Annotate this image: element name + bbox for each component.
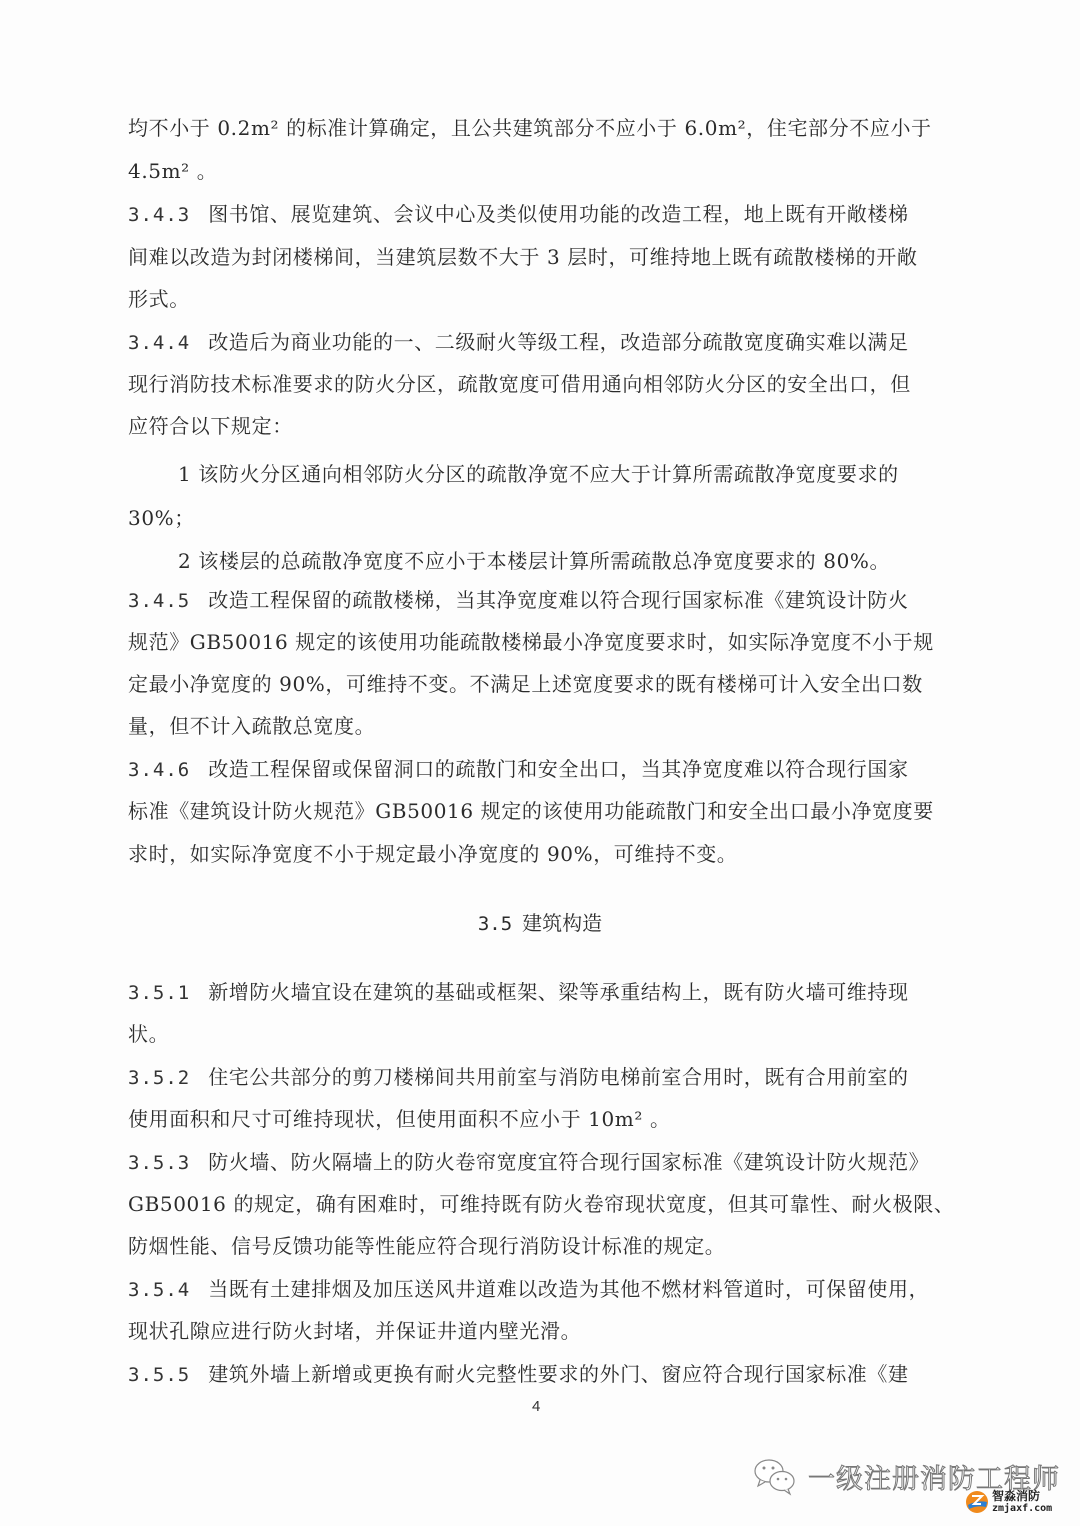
text-line: 均不小于 0.2m² 的标准计算确定，且公共建筑部分不应小于 6.0m²，住宅部… — [128, 114, 954, 142]
clause-3-4-6: 3.4.6改造工程保留或保留洞口的疏散门和安全出口，当其净宽度难以符合现行国家 — [128, 755, 954, 784]
line-text: 当既有土建排烟及加压送风井道难以改造为其他不燃材料管道时，可保留使用， — [208, 1277, 929, 1301]
clause-3-5-3: 3.5.3防火墙、防火隔墙上的防火卷帘宽度宜符合现行国家标准《建筑设计防火规范》 — [128, 1148, 954, 1177]
list-item-2: 2 该楼层的总疏散净宽度不应小于本楼层计算所需疏散总净宽度要求的 80%。 — [178, 547, 1004, 575]
clause-3-4-4: 3.4.4改造后为商业功能的一、二级耐火等级工程，改造部分疏散宽度确实难以满足 — [128, 328, 954, 357]
line-text: 改造工程保留的疏散楼梯，当其净宽度难以符合现行国家标准《建筑设计防火 — [208, 588, 908, 612]
line-text: 图书馆、展览建筑、会议中心及类似使用功能的改造工程，地上既有开敞楼梯 — [208, 202, 908, 226]
text-line: 防烟性能、信号反馈功能等性能应符合现行消防设计标准的规定。 — [128, 1232, 954, 1260]
clause-number: 3.5.3 — [128, 1152, 190, 1174]
line-text: 改造后为商业功能的一、二级耐火等级工程，改造部分疏散宽度确实难以满足 — [208, 330, 908, 354]
text-line: 标准《建筑设计防火规范》GB50016 规定的该使用功能疏散门和安全出口最小净宽… — [128, 797, 954, 825]
clause-number: 3.5.5 — [128, 1364, 190, 1386]
line-text: 定最小净宽度的 90%，可维持不变。不满足上述宽度要求的既有楼梯可计入安全出口数 — [128, 672, 923, 696]
text-line: 现状孔隙应进行防火封堵，并保证井道内壁光滑。 — [128, 1317, 954, 1345]
line-text: 2 该楼层的总疏散净宽度不应小于本楼层计算所需疏散总净宽度要求的 80%。 — [178, 549, 890, 573]
line-text: 应符合以下规定： — [128, 414, 293, 438]
text-line: GB50016 的规定，确有困难时，可维持既有防火卷帘现状宽度，但其可靠性、耐火… — [128, 1190, 954, 1218]
line-text: 现行消防技术标准要求的防火分区，疏散宽度可借用通向相邻防火分区的安全出口，但 — [128, 372, 911, 396]
page-number: 4 — [532, 1398, 540, 1415]
clause-3-5-5: 3.5.5建筑外墙上新增或更换有耐火完整性要求的外门、窗应符合现行国家标准《建 — [128, 1360, 954, 1389]
text-line: 使用面积和尺寸可维持现状，但使用面积不应小于 10m² 。 — [128, 1105, 954, 1133]
line-text: 均不小于 0.2m² 的标准计算确定，且公共建筑部分不应小于 6.0m²，住宅部… — [128, 116, 932, 140]
clause-3-5-1: 3.5.1新增防火墙宜设在建筑的基础或框架、梁等承重结构上，既有防火墙可维持现 — [128, 978, 954, 1007]
clause-3-5-2: 3.5.2住宅公共部分的剪刀楼梯间共用前室与消防电梯前室合用时，既有合用前室的 — [128, 1063, 954, 1092]
logo-url: zmjaxf.com — [992, 1504, 1052, 1514]
clause-3-5-4: 3.5.4当既有土建排烟及加压送风井道难以改造为其他不燃材料管道时，可保留使用， — [128, 1275, 954, 1304]
text-line: 应符合以下规定： — [128, 412, 954, 440]
section-heading: 3.5建筑构造 — [0, 909, 1080, 938]
clause-number: 3.5.4 — [128, 1279, 190, 1301]
clause-number: 3.4.5 — [128, 590, 190, 612]
line-text: 建筑外墙上新增或更换有耐火完整性要求的外门、窗应符合现行国家标准《建 — [208, 1362, 908, 1386]
line-text: 改造工程保留或保留洞口的疏散门和安全出口，当其净宽度难以符合现行国家 — [208, 757, 908, 781]
line-text: 1 该防火分区通向相邻防火分区的疏散净宽不应大于计算所需疏散净宽度要求的 — [178, 462, 899, 486]
text-line: 定最小净宽度的 90%，可维持不变。不满足上述宽度要求的既有楼梯可计入安全出口数 — [128, 670, 954, 698]
site-logo: 智淼消防 zmjaxf.com — [965, 1490, 1052, 1514]
text-line: 现行消防技术标准要求的防火分区，疏散宽度可借用通向相邻防火分区的安全出口，但 — [128, 370, 954, 398]
line-text: GB50016 的规定，确有困难时，可维持既有防火卷帘现状宽度，但其可靠性、耐火… — [128, 1192, 954, 1216]
line-text: 防烟性能、信号反馈功能等性能应符合现行消防设计标准的规定。 — [128, 1234, 725, 1258]
line-text: 量，但不计入疏散总宽度。 — [128, 714, 375, 738]
line-text: 30%； — [128, 506, 195, 530]
clause-number: 3.4.4 — [128, 332, 190, 354]
text-line: 规范》GB50016 规定的该使用功能疏散楼梯最小净宽度要求时，如实际净宽度不小… — [128, 628, 954, 656]
line-text: 现状孔隙应进行防火封堵，并保证井道内壁光滑。 — [128, 1319, 581, 1343]
text-line: 量，但不计入疏散总宽度。 — [128, 712, 954, 740]
text-line: 30%； — [128, 504, 954, 532]
line-text: 新增防火墙宜设在建筑的基础或框架、梁等承重结构上，既有防火墙可维持现 — [208, 980, 908, 1004]
line-text: 状。 — [128, 1022, 169, 1046]
line-text: 4.5m² 。 — [128, 159, 217, 183]
clause-number: 3.4.6 — [128, 759, 190, 781]
clause-3-4-5: 3.4.5改造工程保留的疏散楼梯，当其净宽度难以符合现行国家标准《建筑设计防火 — [128, 586, 954, 615]
clause-number: 3.5.1 — [128, 982, 190, 1004]
clause-3-4-3: 3.4.3图书馆、展览建筑、会议中心及类似使用功能的改造工程，地上既有开敞楼梯 — [128, 200, 954, 229]
logo-text: 智淼消防 zmjaxf.com — [992, 1490, 1052, 1514]
line-text: 标准《建筑设计防火规范》GB50016 规定的该使用功能疏散门和安全出口最小净宽… — [128, 799, 934, 823]
line-text: 求时，如实际净宽度不小于规定最小净宽度的 90%，可维持不变。 — [128, 842, 737, 866]
text-line: 状。 — [128, 1020, 954, 1048]
section-title: 建筑构造 — [522, 911, 602, 935]
line-text: 防火墙、防火隔墙上的防火卷帘宽度宜符合现行国家标准《建筑设计防火规范》 — [208, 1150, 929, 1174]
line-text: 住宅公共部分的剪刀楼梯间共用前室与消防电梯前室合用时，既有合用前室的 — [208, 1065, 908, 1089]
text-line: 4.5m² 。 — [128, 157, 954, 185]
list-item-1: 1 该防火分区通向相邻防火分区的疏散净宽不应大于计算所需疏散净宽度要求的 — [178, 460, 1004, 488]
section-number: 3.5 — [478, 913, 512, 935]
clause-number: 3.5.2 — [128, 1067, 190, 1089]
logo-icon — [965, 1490, 989, 1514]
wechat-icon — [752, 1456, 798, 1496]
line-text: 规范》GB50016 规定的该使用功能疏散楼梯最小净宽度要求时，如实际净宽度不小… — [128, 630, 934, 654]
document-page: 均不小于 0.2m² 的标准计算确定，且公共建筑部分不应小于 6.0m²，住宅部… — [0, 0, 1080, 1526]
clause-number: 3.4.3 — [128, 204, 190, 226]
logo-name: 智淼消防 — [992, 1490, 1052, 1502]
text-line: 形式。 — [128, 285, 954, 313]
text-line: 间难以改造为封闭楼梯间，当建筑层数不大于 3 层时，可维持地上既有疏散楼梯的开敞 — [128, 243, 954, 271]
text-line: 求时，如实际净宽度不小于规定最小净宽度的 90%，可维持不变。 — [128, 840, 954, 868]
line-text: 使用面积和尺寸可维持现状，但使用面积不应小于 10m² 。 — [128, 1107, 671, 1131]
line-text: 形式。 — [128, 287, 190, 311]
line-text: 间难以改造为封闭楼梯间，当建筑层数不大于 3 层时，可维持地上既有疏散楼梯的开敞 — [128, 245, 917, 269]
